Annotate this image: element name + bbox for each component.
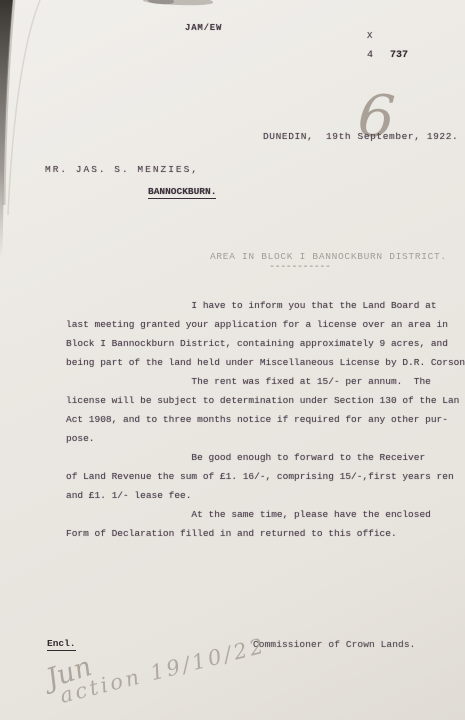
enclosure-note: Encl.: [47, 638, 76, 651]
signature-title: Commissioner of Crown Lands.: [253, 639, 415, 650]
body-text-line: of Land Revenue the sum of £1. 16/-, com…: [66, 467, 465, 486]
body-text-line: At the same time, please have the enclos…: [66, 505, 465, 524]
body-text-line: pose.: [66, 429, 465, 448]
pencil-action-note: action 19/10/22: [57, 633, 268, 707]
file-number-right: 737: [390, 50, 408, 61]
body-text-line: Form of Declaration filled in and return…: [66, 524, 465, 543]
body-text-line: and £1. 1/- lease fee.: [66, 486, 465, 505]
body-text-line: being part of the land held under Miscel…: [66, 353, 465, 372]
body-text-line: Block I Bannockburn District, containing…: [66, 334, 465, 353]
body-text-line: license will be subject to determination…: [66, 391, 465, 410]
body-text-line: Be good enough to forward to the Receive…: [66, 448, 465, 467]
body-text-line: Act 1908, and to three months notice if …: [66, 410, 465, 429]
addressee-name: MR. JAS. S. MENZIES,: [45, 164, 199, 175]
typist-reference: JAM/EW: [185, 23, 222, 33]
subject-underline: -----------: [269, 262, 331, 273]
body-text-line: The rent was fixed at 15/- per annum. Th…: [66, 372, 465, 391]
body-text-line: I have to inform you that the Land Board…: [66, 296, 465, 315]
file-number: 4737: [367, 50, 408, 61]
body-text-line: last meeting granted your application fo…: [66, 315, 465, 334]
file-number-left: 4: [367, 50, 373, 61]
subject-line: AREA IN BLOCK I BANNOCKBURN DISTRICT.: [210, 251, 447, 262]
date-line: DUNEDIN, 19th September, 1922.: [263, 131, 458, 142]
letter-body: I have to inform you that the Land Board…: [66, 296, 465, 543]
addressee-place: BANNOCKBURN.: [148, 186, 216, 199]
pencil-initials: Jun: [38, 651, 96, 696]
file-x-mark: X: [367, 31, 372, 41]
letter-page: JAM/EW X 4737 6 DUNEDIN, 19th September,…: [0, 0, 465, 720]
